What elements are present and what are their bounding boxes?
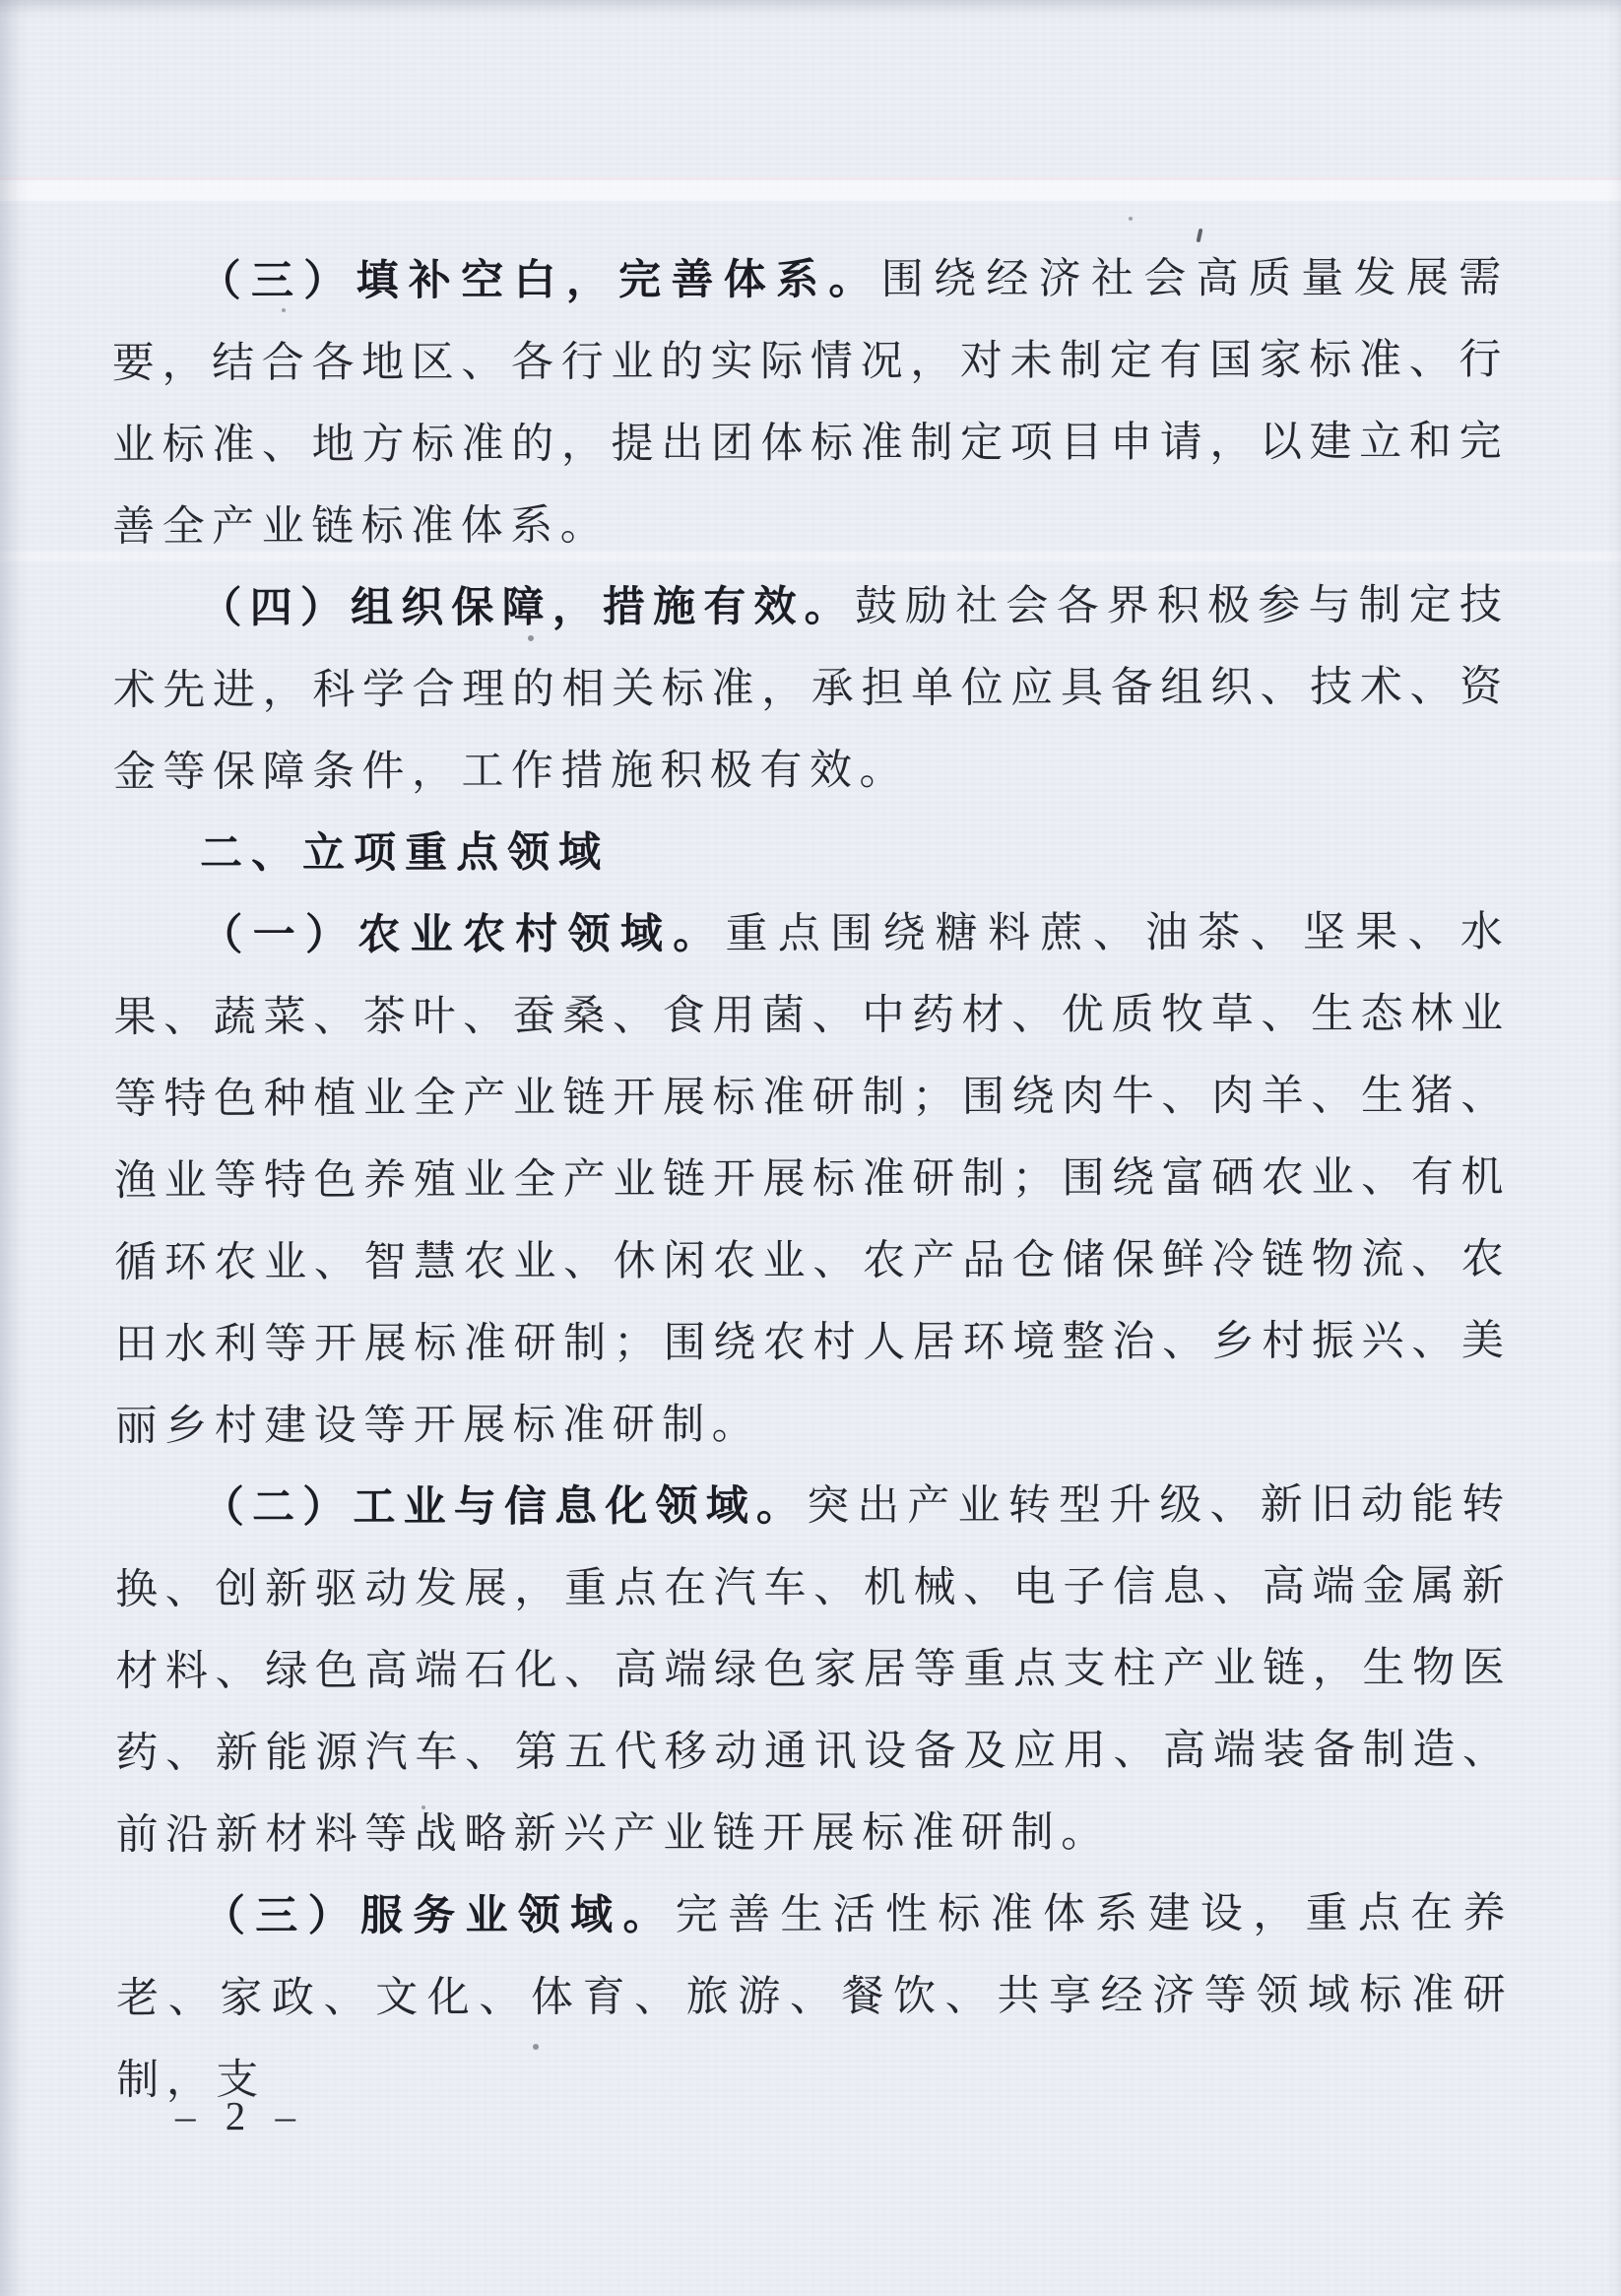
- paragraph-organizational-guarantee: （四）组织保障，措施有效。鼓励社会各界积极参与制定技术先进，科学合理的相关标准，…: [112, 564, 1510, 814]
- scan-artifact-band: [0, 177, 1621, 201]
- paragraph-agriculture-rural: （一）农业农村领域。重点围绕糖料蔗、油茶、坚果、水果、蔬菜、茶叶、蚕桑、食用菌、…: [113, 891, 1512, 1468]
- heading-text: 二、立项重点领域: [200, 830, 610, 878]
- paragraph-text: 突出产业转型升级、新旧动能转换、创新驱动发展，重点在汽车、机械、电子信息、高端金…: [115, 1481, 1513, 1859]
- paragraph-lead: （一）农业农村领域。: [200, 911, 725, 958]
- section-heading-key-areas: 二、立项重点领域: [113, 810, 1510, 895]
- paragraph-lead: （三）服务业领域。: [203, 1892, 676, 1939]
- paragraph-fill-gaps: （三）填补空白，完善体系。围绕经济社会高质量发展需要，结合各地区、各行业的实际情…: [112, 237, 1510, 568]
- document-body: （三）填补空白，完善体系。围绕经济社会高质量发展需要，结合各地区、各行业的实际情…: [112, 237, 1514, 2122]
- scan-speck: [1129, 217, 1133, 221]
- paragraph-industry-informatization: （二）工业与信息化领域。突出产业转型升级、新旧动能转换、创新驱动发展，重点在汽车…: [115, 1464, 1513, 1876]
- paragraph-lead: （四）组织保障，措施有效。: [199, 584, 854, 632]
- page-number: – 2 –: [175, 2092, 297, 2139]
- paragraph-text: 重点围绕糖料蔗、油茶、坚果、水果、蔬菜、茶叶、蚕桑、食用菌、中药材、优质牧草、生…: [114, 909, 1512, 1450]
- paragraph-service-industry: （三）服务业领域。完善生活性标准体系建设，重点在养老、家政、文化、体育、旅游、餐…: [116, 1872, 1514, 2122]
- paragraph-lead: （二）工业与信息化领域。: [202, 1483, 807, 1532]
- paragraph-lead: （三）填补空白，完善体系。: [199, 257, 881, 305]
- scanned-document-page: （三）填补空白，完善体系。围绕经济社会高质量发展需要，结合各地区、各行业的实际情…: [0, 0, 1621, 2296]
